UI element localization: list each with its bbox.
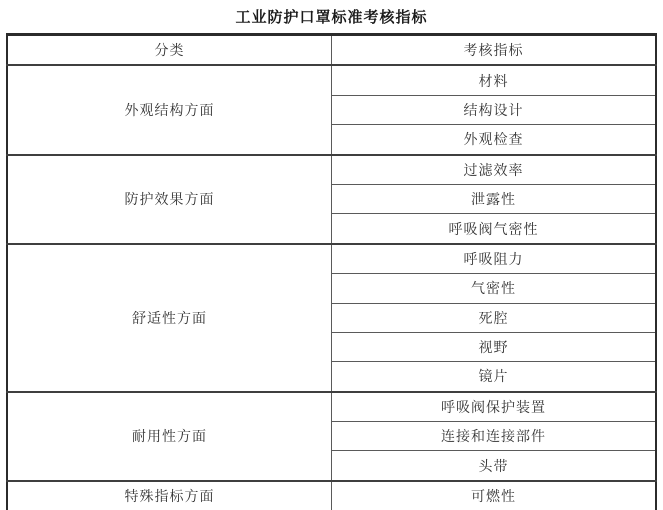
column-header-category: 分类 [7,35,332,66]
assessment-table: 分类 考核指标 外观结构方面 材料 结构设计 外观检查 防护效果方面 过滤效率 … [6,33,657,510]
table-row: 耐用性方面 呼吸阀保护装置 [7,392,656,422]
category-cell: 舒适性方面 [7,244,332,392]
indicator-cell: 外观检查 [332,125,657,155]
indicator-cell: 气密性 [332,274,657,303]
document-page: 工业防护口罩标准考核指标 分类 考核指标 外观结构方面 材料 结构设计 外观检查… [0,0,663,510]
table-row: 防护效果方面 过滤效率 [7,155,656,185]
table-row: 特殊指标方面 可燃性 [7,481,656,510]
category-cell: 防护效果方面 [7,155,332,244]
indicator-cell: 呼吸阀保护装置 [332,392,657,422]
page-title: 工业防护口罩标准考核指标 [0,0,663,27]
indicator-cell: 视野 [332,332,657,361]
indicator-cell: 镜片 [332,362,657,392]
indicator-cell: 可燃性 [332,481,657,510]
table-header-row: 分类 考核指标 [7,35,656,66]
indicator-cell: 呼吸阻力 [332,244,657,274]
indicator-cell: 死腔 [332,303,657,332]
indicator-cell: 过滤效率 [332,155,657,185]
indicator-cell: 呼吸阀气密性 [332,214,657,244]
indicator-cell: 泄露性 [332,184,657,213]
indicator-cell: 头带 [332,451,657,481]
table-row: 外观结构方面 材料 [7,65,656,95]
category-cell: 耐用性方面 [7,392,332,481]
indicator-cell: 材料 [332,65,657,95]
indicator-cell: 连接和连接部件 [332,422,657,451]
category-cell: 特殊指标方面 [7,481,332,510]
indicator-cell: 结构设计 [332,95,657,124]
column-header-indicator: 考核指标 [332,35,657,66]
table-row: 舒适性方面 呼吸阻力 [7,244,656,274]
category-cell: 外观结构方面 [7,65,332,154]
